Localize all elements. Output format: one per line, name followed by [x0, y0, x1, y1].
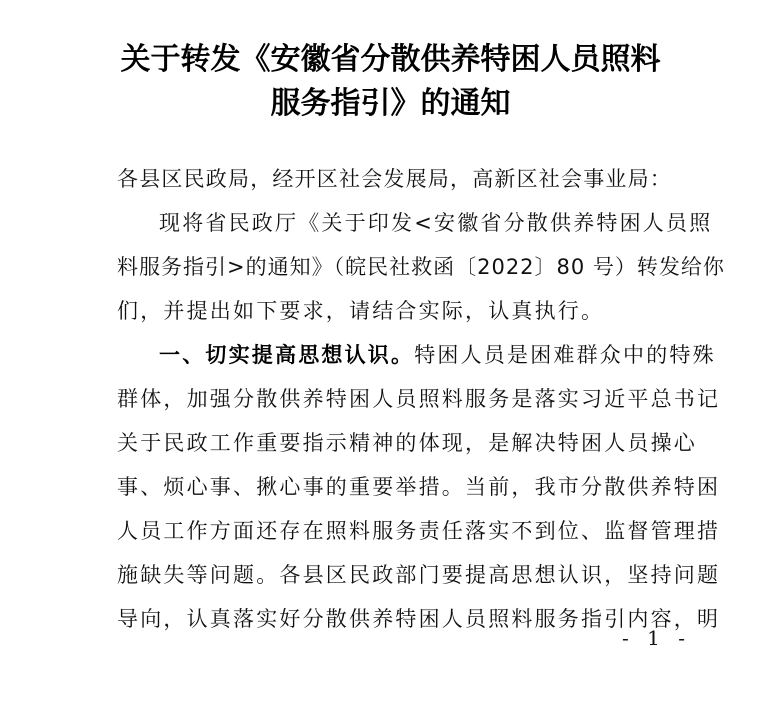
- section-1-line-2: 群体，加强分散供养特困人员照料服务是落实习近平总书记: [117, 383, 677, 413]
- section-1-heading: 一、切实提高思想认识。: [159, 343, 414, 367]
- section-1-line-6: 施缺失等问题。各县区民政部门要提高思想认识，坚持问题: [117, 559, 677, 589]
- addressee-line: 各县区民政局，经开区社会发展局，高新区社会事业局：: [117, 163, 677, 193]
- document-title-line-1: 关于转发《安徽省分散供养特困人员照料: [0, 34, 781, 78]
- section-1-first-line-text: 特困人员是困难群众中的特殊: [414, 343, 716, 367]
- document-page: 关于转发《安徽省分散供养特困人员照料 服务指引》的通知 各县区民政局，经开区社会…: [0, 0, 781, 704]
- section-1-line-3: 关于民政工作重要指示精神的体现，是解决特困人员操心: [117, 427, 677, 457]
- section-1-line-4: 事、烦心事、揪心事的重要举措。当前，我市分散供养特困: [117, 471, 677, 501]
- paragraph-1-line-2: 料服务指引>的通知》（皖民社救函〔2022〕80 号）转发给你: [117, 251, 677, 281]
- document-title-line-2: 服务指引》的通知: [0, 78, 781, 122]
- section-1-line-7: 导向，认真落实好分散供养特困人员照料服务指引内容，明: [117, 603, 677, 633]
- section-1-line-5: 人员工作方面还存在照料服务责任落实不到位、监督管理措: [117, 515, 677, 545]
- page-number: - 1 -: [622, 626, 691, 650]
- paragraph-1-line-1: 现将省民政厅《关于印发<安徽省分散供养特困人员照: [117, 207, 719, 237]
- section-1-first-line: 一、切实提高思想认识。特困人员是困难群众中的特殊: [117, 339, 719, 369]
- paragraph-1-line-3: 们，并提出如下要求，请结合实际，认真执行。: [117, 295, 677, 325]
